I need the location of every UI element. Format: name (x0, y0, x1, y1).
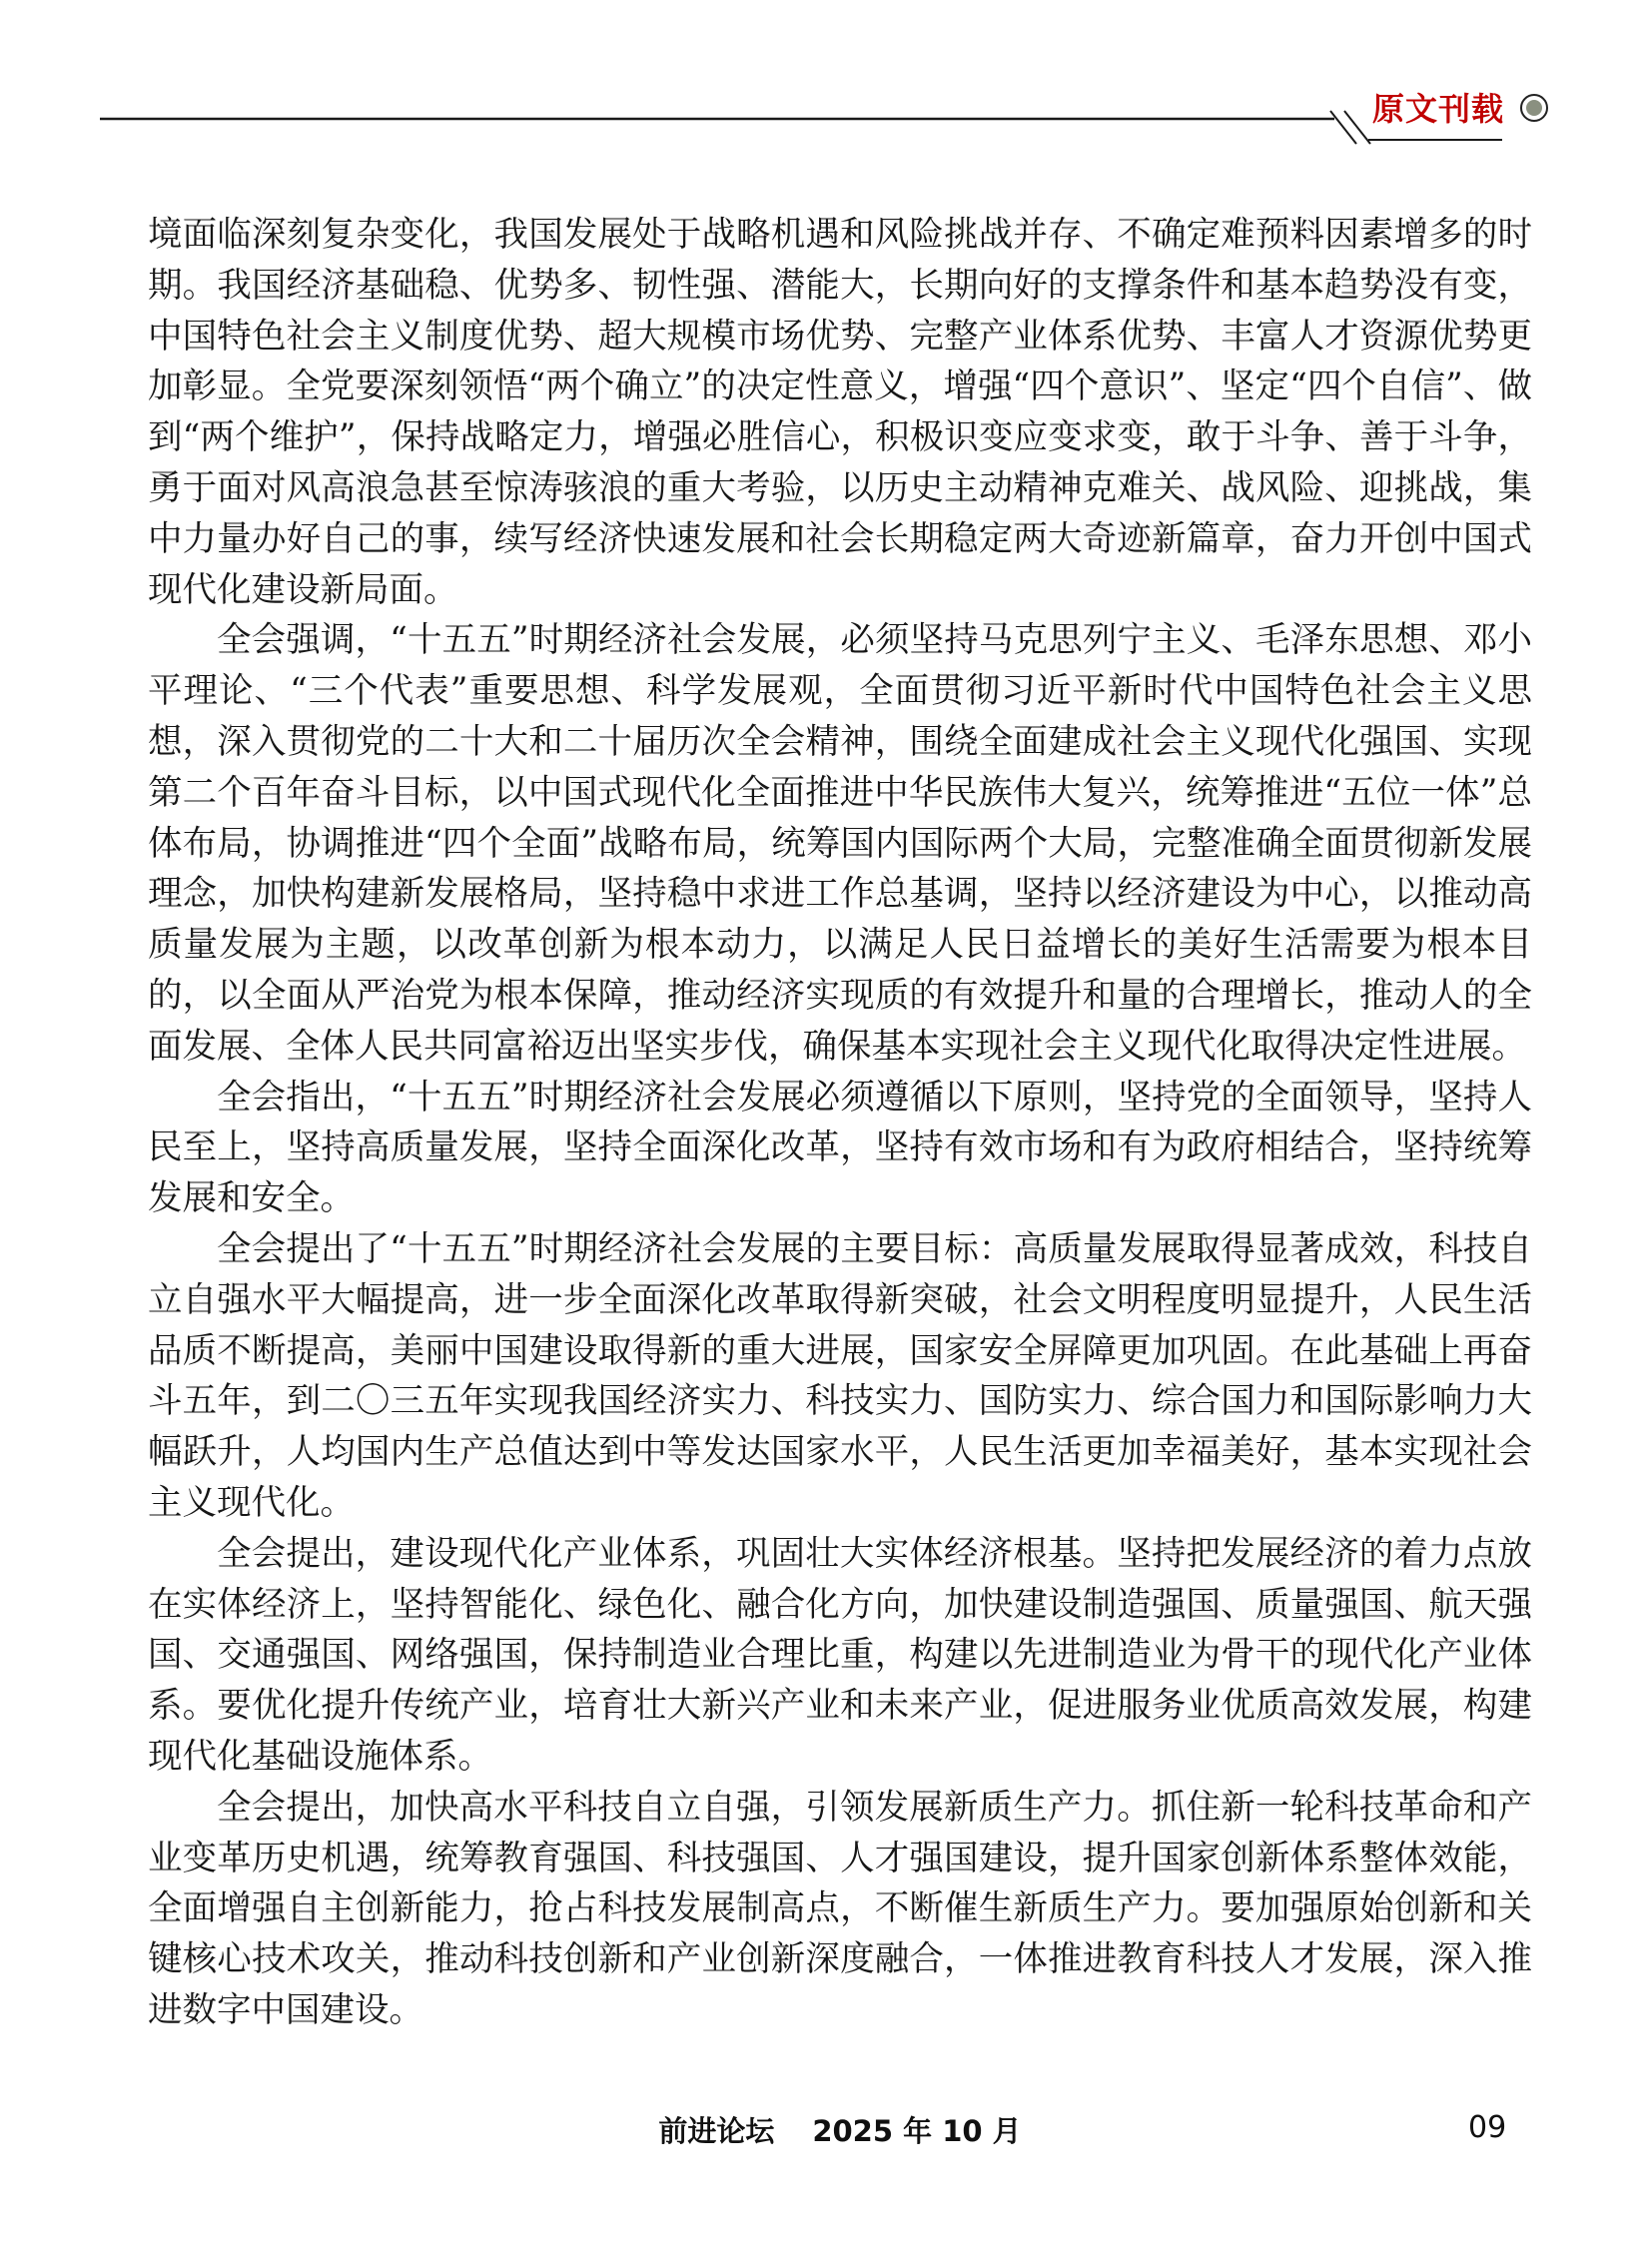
journal-name: 前进论坛 (658, 2114, 774, 2148)
paragraph: 全会提出，建设现代化产业体系，巩固壮大实体经济根基。坚持把发展经济的着力点放在实… (148, 1529, 1532, 1783)
page-header-label: 原文刊载 (1372, 84, 1504, 130)
paragraph: 全会强调，“十五五”时期经济社会发展，必须坚持马克思列宁主义、毛泽东思想、邓小平… (148, 615, 1532, 1072)
paragraph: 全会提出，加快高水平科技自立自强，引领发展新质生产力。抓住新一轮科技革命和产业变… (148, 1783, 1532, 2036)
document-page: 原文刊载 境面临深刻复杂变化，我国发展处于战略机遇和风险挑战并存、不确定难预料因… (0, 0, 1652, 2242)
article-body: 境面临深刻复杂变化，我国发展处于战略机遇和风险挑战并存、不确定难预料因素增多的时… (148, 210, 1532, 2036)
bullseye-inner-dot (1526, 100, 1542, 116)
bullseye-dot-icon (1520, 94, 1548, 122)
paragraph: 全会提出了“十五五”时期经济社会发展的主要目标：高质量发展取得显著成效，科技自立… (148, 1224, 1532, 1529)
paragraph: 境面临深刻复杂变化，我国发展处于战略机遇和风险挑战并存、不确定难预料因素增多的时… (148, 210, 1532, 615)
page-number: 09 (1468, 2110, 1506, 2145)
issue-date: 2025 年 10 月 (812, 2114, 1021, 2148)
footer-journal-line: 前进论坛2025 年 10 月 (148, 2109, 1532, 2150)
paragraph: 全会指出，“十五五”时期经济社会发展必须遵循以下原则，坚持党的全面领导，坚持人民… (148, 1073, 1532, 1224)
